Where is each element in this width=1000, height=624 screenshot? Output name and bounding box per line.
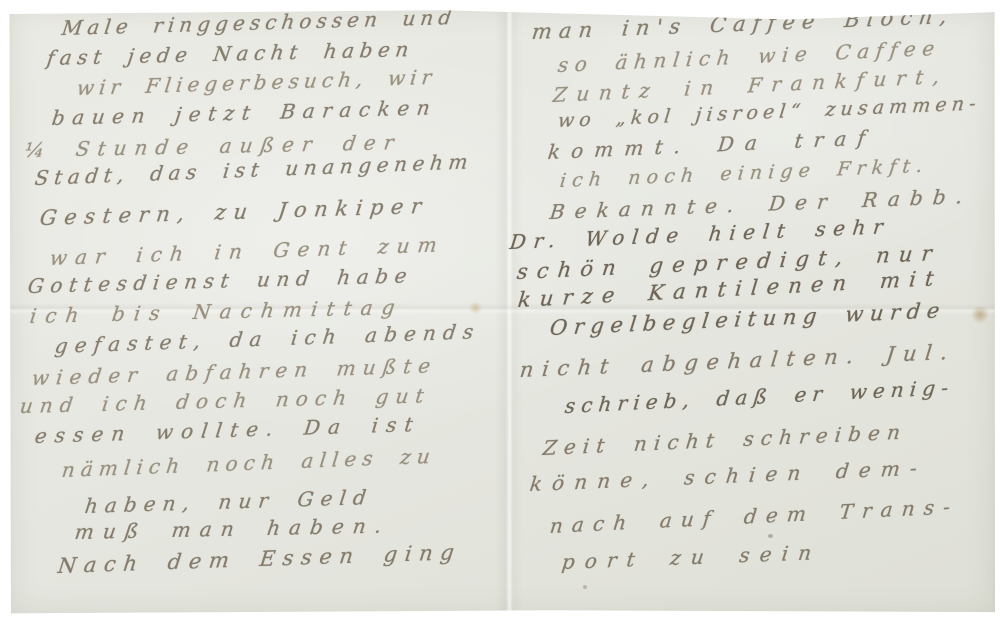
- handwritten-line: nicht abgehalten. Jul.: [519, 340, 958, 382]
- handwritten-line: port zu sein: [561, 540, 823, 574]
- handwritten-line: schrieb, daß er wenig-: [564, 375, 956, 418]
- handwritten-line: nach auf dem Trans-: [549, 494, 961, 538]
- handwritten-line: Zeit nicht schreiben: [542, 420, 909, 460]
- page-right: man in's Caffee Bloch, so ähnlich wie Ca…: [8, 6, 996, 617]
- letter-sheet: Male ringgeschossen und fast jede Nacht …: [8, 6, 996, 617]
- photo-background: Male ringgeschossen und fast jede Nacht …: [0, 0, 1000, 624]
- handwritten-line: Bekannte. Der Rabb.: [549, 184, 974, 224]
- handwritten-line: könne, schien dem-: [529, 455, 929, 496]
